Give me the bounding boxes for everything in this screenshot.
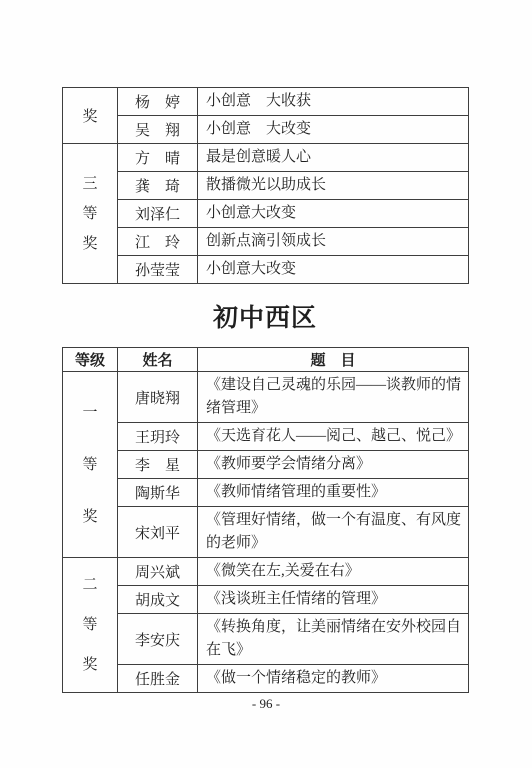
work-title-cell: 《微笑在左,关爱在右》: [198, 558, 469, 586]
name-cell: 王玥玲: [118, 423, 198, 451]
table-row: 三等奖 方 晴 最是创意暖人心: [63, 144, 469, 172]
name-cell: 周兴斌: [118, 558, 198, 586]
name-cell: 孙莹莹: [118, 256, 198, 284]
table-row: 陶斯华 《教师情绪管理的重要性》: [63, 479, 469, 507]
name-cell: 方 晴: [118, 144, 198, 172]
table-row: 任胜金 《做一个情绪稳定的教师》: [63, 665, 469, 693]
table-row: 王玥玲 《天选育花人——阅己、越己、悦己》: [63, 423, 469, 451]
table-row: 龚 琦 散播微光以助成长: [63, 172, 469, 200]
work-title-cell: 《做一个情绪稳定的教师》: [198, 665, 469, 693]
name-cell: 杨 婷: [118, 88, 198, 116]
name-cell: 刘泽仁: [118, 200, 198, 228]
table-row: 刘泽仁 小创意大改变: [63, 200, 469, 228]
table-row: 奖 杨 婷 小创意 大收获: [63, 88, 469, 116]
work-title-cell: 《建设自己灵魂的乐园——谈教师的情绪管理》: [198, 372, 469, 423]
name-cell: 陶斯华: [118, 479, 198, 507]
award-label: 二等奖: [82, 565, 99, 685]
award-label: 三等奖: [82, 169, 99, 259]
award-label: 一等奖: [82, 387, 99, 543]
name-cell: 宋刘平: [118, 507, 198, 558]
work-title-cell: 最是创意暖人心: [198, 144, 469, 172]
table-row: 二等奖 周兴斌 《微笑在左,关爱在右》: [63, 558, 469, 586]
table-row: 吴 翔 小创意 大改变: [63, 116, 469, 144]
name-cell: 胡成文: [118, 586, 198, 614]
header-name: 姓名: [118, 348, 198, 372]
header-title: 题 目: [198, 348, 469, 372]
award-group-cell: 奖: [63, 88, 118, 144]
document-page: 奖 杨 婷 小创意 大收获 吴 翔 小创意 大改变 三等奖 方 晴 最是创意暖人…: [0, 0, 532, 768]
name-cell: 唐晓翔: [118, 372, 198, 423]
table-row: 李安庆 《转换角度，让美丽情绪在安外校园自在飞》: [63, 614, 469, 665]
table-row: 宋刘平 《管理好情绪，做一个有温度、有风度的老师》: [63, 507, 469, 558]
name-cell: 龚 琦: [118, 172, 198, 200]
page-content: 奖 杨 婷 小创意 大收获 吴 翔 小创意 大改变 三等奖 方 晴 最是创意暖人…: [62, 0, 468, 693]
award-label: 奖: [82, 105, 99, 126]
name-cell: 江 玲: [118, 228, 198, 256]
continuation-table: 奖 杨 婷 小创意 大收获 吴 翔 小创意 大改变 三等奖 方 晴 最是创意暖人…: [62, 87, 469, 284]
name-cell: 吴 翔: [118, 116, 198, 144]
name-cell: 任胜金: [118, 665, 198, 693]
work-title-cell: 小创意 大收获: [198, 88, 469, 116]
work-title-cell: 《转换角度，让美丽情绪在安外校园自在飞》: [198, 614, 469, 665]
name-cell: 李安庆: [118, 614, 198, 665]
work-title-cell: 散播微光以助成长: [198, 172, 469, 200]
name-cell: 李 星: [118, 451, 198, 479]
work-title-cell: 《教师要学会情绪分离》: [198, 451, 469, 479]
work-title-cell: 小创意大改变: [198, 200, 469, 228]
table-header-row: 等级 姓名 题 目: [63, 348, 469, 372]
awards-table: 等级 姓名 题 目 一等奖 唐晓翔 《建设自己灵魂的乐园——谈教师的情绪管理》 …: [62, 347, 469, 693]
table-row: 江 玲 创新点滴引领成长: [63, 228, 469, 256]
work-title-cell: 《管理好情绪，做一个有温度、有风度的老师》: [198, 507, 469, 558]
section-heading: 初中西区: [62, 303, 468, 335]
work-title-cell: 小创意 大改变: [198, 116, 469, 144]
table-row: 一等奖 唐晓翔 《建设自己灵魂的乐园——谈教师的情绪管理》: [63, 372, 469, 423]
work-title-cell: 《天选育花人——阅己、越己、悦己》: [198, 423, 469, 451]
header-grade: 等级: [63, 348, 118, 372]
work-title-cell: 《教师情绪管理的重要性》: [198, 479, 469, 507]
table-row: 孙莹莹 小创意大改变: [63, 256, 469, 284]
award-group-cell: 一等奖: [63, 372, 118, 558]
award-group-cell: 三等奖: [63, 144, 118, 284]
work-title-cell: 小创意大改变: [198, 256, 469, 284]
table-row: 李 星 《教师要学会情绪分离》: [63, 451, 469, 479]
award-group-cell: 二等奖: [63, 558, 118, 693]
work-title-cell: 创新点滴引领成长: [198, 228, 469, 256]
table-row: 胡成文 《浅谈班主任情绪的管理》: [63, 586, 469, 614]
page-number: - 96 -: [0, 696, 532, 712]
work-title-cell: 《浅谈班主任情绪的管理》: [198, 586, 469, 614]
